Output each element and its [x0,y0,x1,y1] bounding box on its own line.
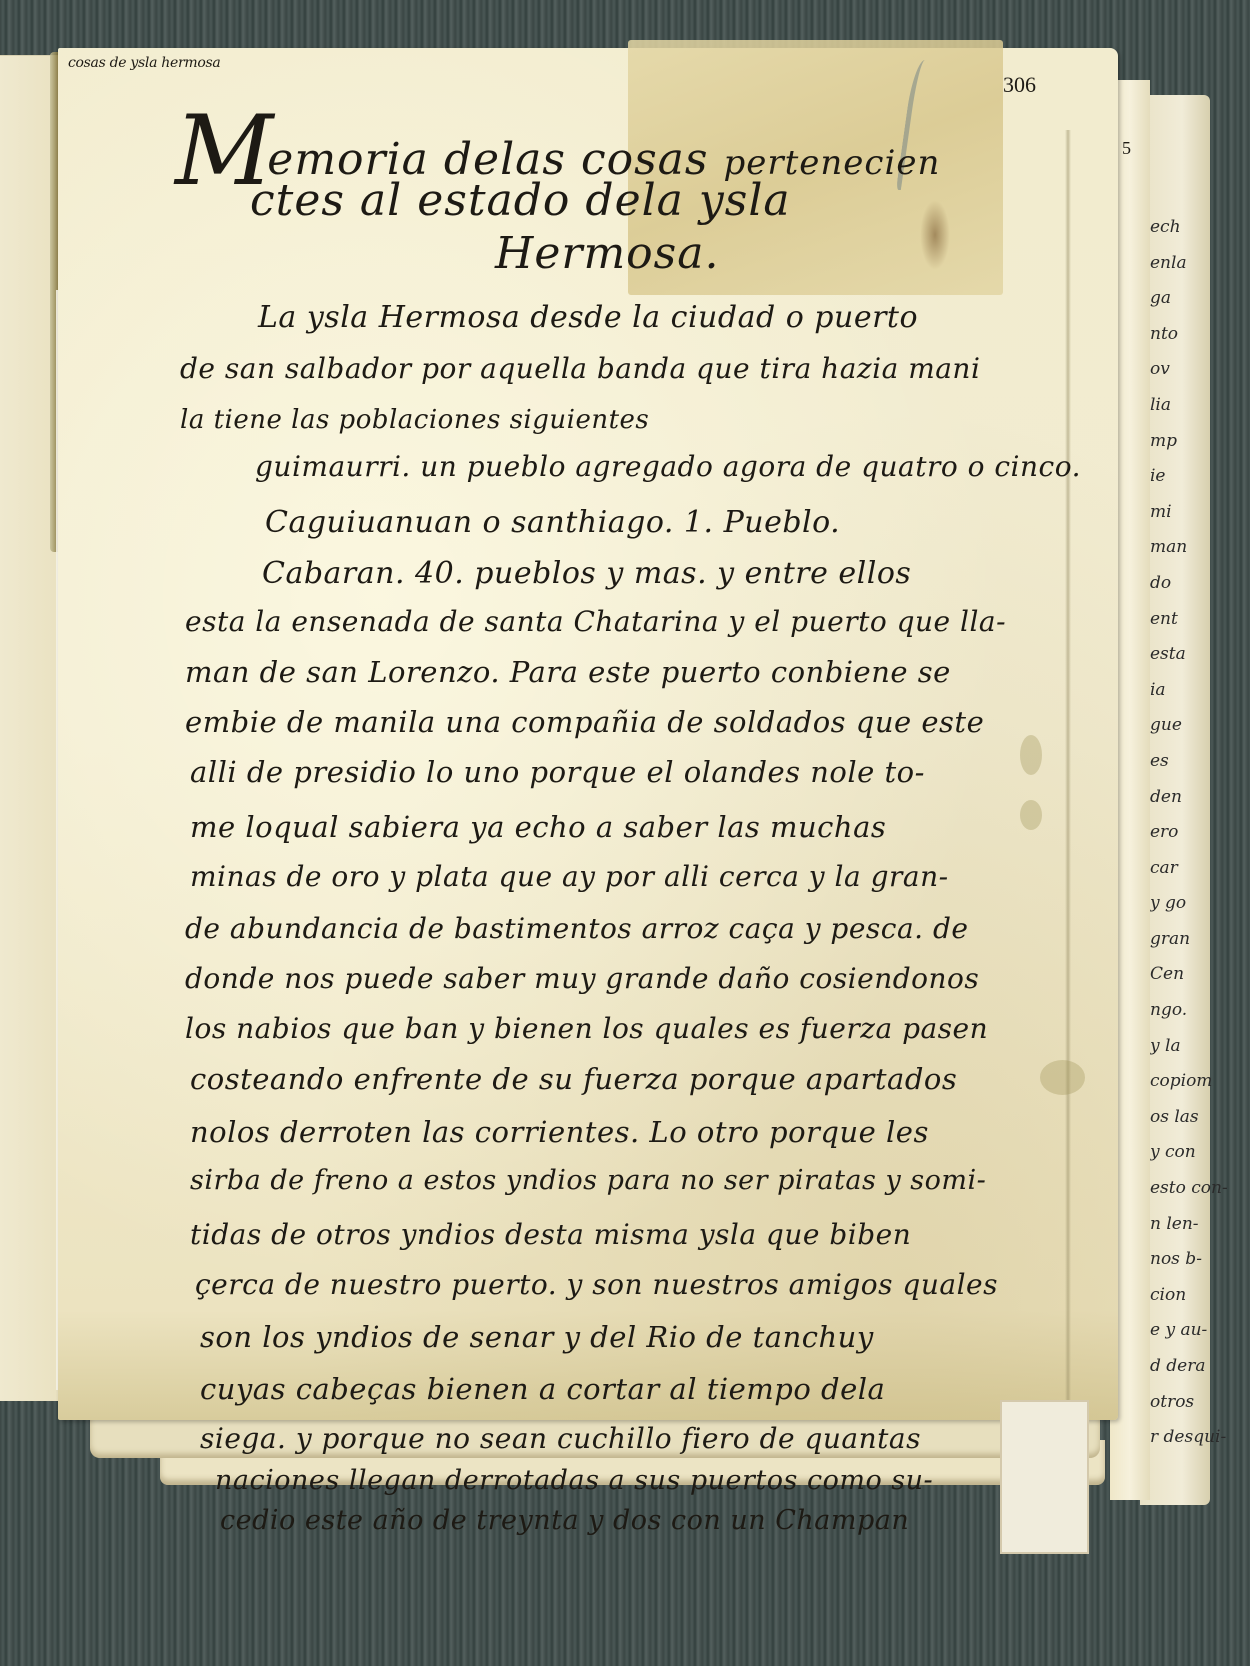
leaf-marker: 5 [1122,138,1131,159]
fragment: gran [1150,922,1228,958]
fragment: esta [1150,637,1228,673]
fragment: gue [1150,708,1228,744]
fragment: ngo. [1150,993,1228,1029]
fragment: nos b- [1150,1242,1228,1278]
fragment: ech [1150,210,1228,246]
fragment: ero [1150,815,1228,851]
text-line: embie de manila una compañia de soldados… [185,705,984,739]
text-line: minas de oro y plata que ay por alli cer… [190,860,949,893]
text-line: La ysla Hermosa desde la ciudad o puerto [258,300,918,335]
fragment: y go [1150,886,1228,922]
title-line-2: ctes al estado dela ysla [250,175,791,226]
fragment: ie [1150,459,1228,495]
text-line: donde nos puede saber muy grande daño co… [185,962,979,995]
fragment: lia [1150,388,1228,424]
fragment: ent [1150,602,1228,638]
text-line: siega. y porque no sean cuchillo fiero d… [200,1422,921,1455]
text-line: guimaurri. un pueblo agregado agora de q… [255,450,1081,483]
fragment: ia [1150,673,1228,709]
text-line: cuyas cabeças bienen a cortar al tiempo … [200,1372,885,1406]
fragment: do [1150,566,1228,602]
stain-mark [1020,800,1042,830]
fragment: otros [1150,1385,1228,1421]
text-line: Cabaran. 40. pueblos y mas. y entre ello… [262,556,911,591]
text-line: alli de presidio lo uno porque el olande… [190,755,925,789]
text-line: esta la ensenada de santa Chatarina y el… [185,605,1006,638]
folio-number: 306 [1003,72,1036,98]
fragment: ov [1150,352,1228,388]
fragment: nto [1150,317,1228,353]
fragment: Cen [1150,957,1228,993]
text-line: de san salbador por aquella banda que ti… [180,352,980,385]
text-line: nolos derroten las corrientes. Lo otro p… [190,1115,929,1149]
text-line: Caguiuanuan o santhiago. 1. Pueblo. [265,505,840,540]
fragment: den [1150,780,1228,816]
text-line: de abundancia de bastimentos arroz caça … [185,912,968,945]
text-line: cedio este año de treynta y dos con un C… [220,1505,909,1536]
text-line: me loqual sabiera ya echo a saber las mu… [190,810,886,844]
text-line: sirba de freno a estos yndios para no se… [190,1165,986,1196]
fragment: mi [1150,495,1228,531]
stain-mark [1020,735,1042,775]
margin-annotation: cosas de ysla hermosa [68,55,220,71]
fragment: mp [1150,424,1228,460]
fragment: e y au- [1150,1313,1228,1349]
text-line: son los yndios de senar y del Rio de tan… [200,1320,874,1354]
text-line: man de san Lorenzo. Para este puerto con… [185,655,951,689]
fragment: copiom [1150,1064,1228,1100]
fragment: enla [1150,246,1228,282]
text-line: naciones llegan derrotadas a sus puertos… [215,1465,933,1496]
adjacent-leaf-text: ech enla ga nto ov lia mp ie mi man do e… [1150,210,1228,1456]
fragment: d dera [1150,1349,1228,1385]
text-line: costeando enfrente de su fuerza porque a… [190,1062,957,1096]
fragment: cion [1150,1278,1228,1314]
fragment: ga [1150,281,1228,317]
fragment: es [1150,744,1228,780]
fragment: man [1150,530,1228,566]
fragment: car [1150,851,1228,887]
text-line: la tiene las poblaciones siguientes [180,405,649,435]
fragment: n len- [1150,1207,1228,1243]
fragment: esto con- [1150,1171,1228,1207]
manuscript-photo: cosas de ysla hermosa 306 5 Memoria dela… [0,0,1250,1666]
fragment: y con [1150,1135,1228,1171]
fragment: r desqui- [1150,1420,1228,1456]
paper-repair-patch-lower [1000,1400,1089,1554]
text-line: tidas de otros yndios desta misma ysla q… [190,1218,911,1251]
fragment: os las [1150,1100,1228,1136]
fragment: y la [1150,1029,1228,1065]
stain-mark [920,200,950,270]
stain-mark [1040,1060,1085,1095]
text-line: çerca de nuestro puerto. y son nuestros … [195,1268,998,1301]
page-fold-line [1065,130,1071,1400]
title-line-3: Hermosa. [495,228,719,279]
text-line: los nabios que ban y bienen los quales e… [185,1012,988,1045]
